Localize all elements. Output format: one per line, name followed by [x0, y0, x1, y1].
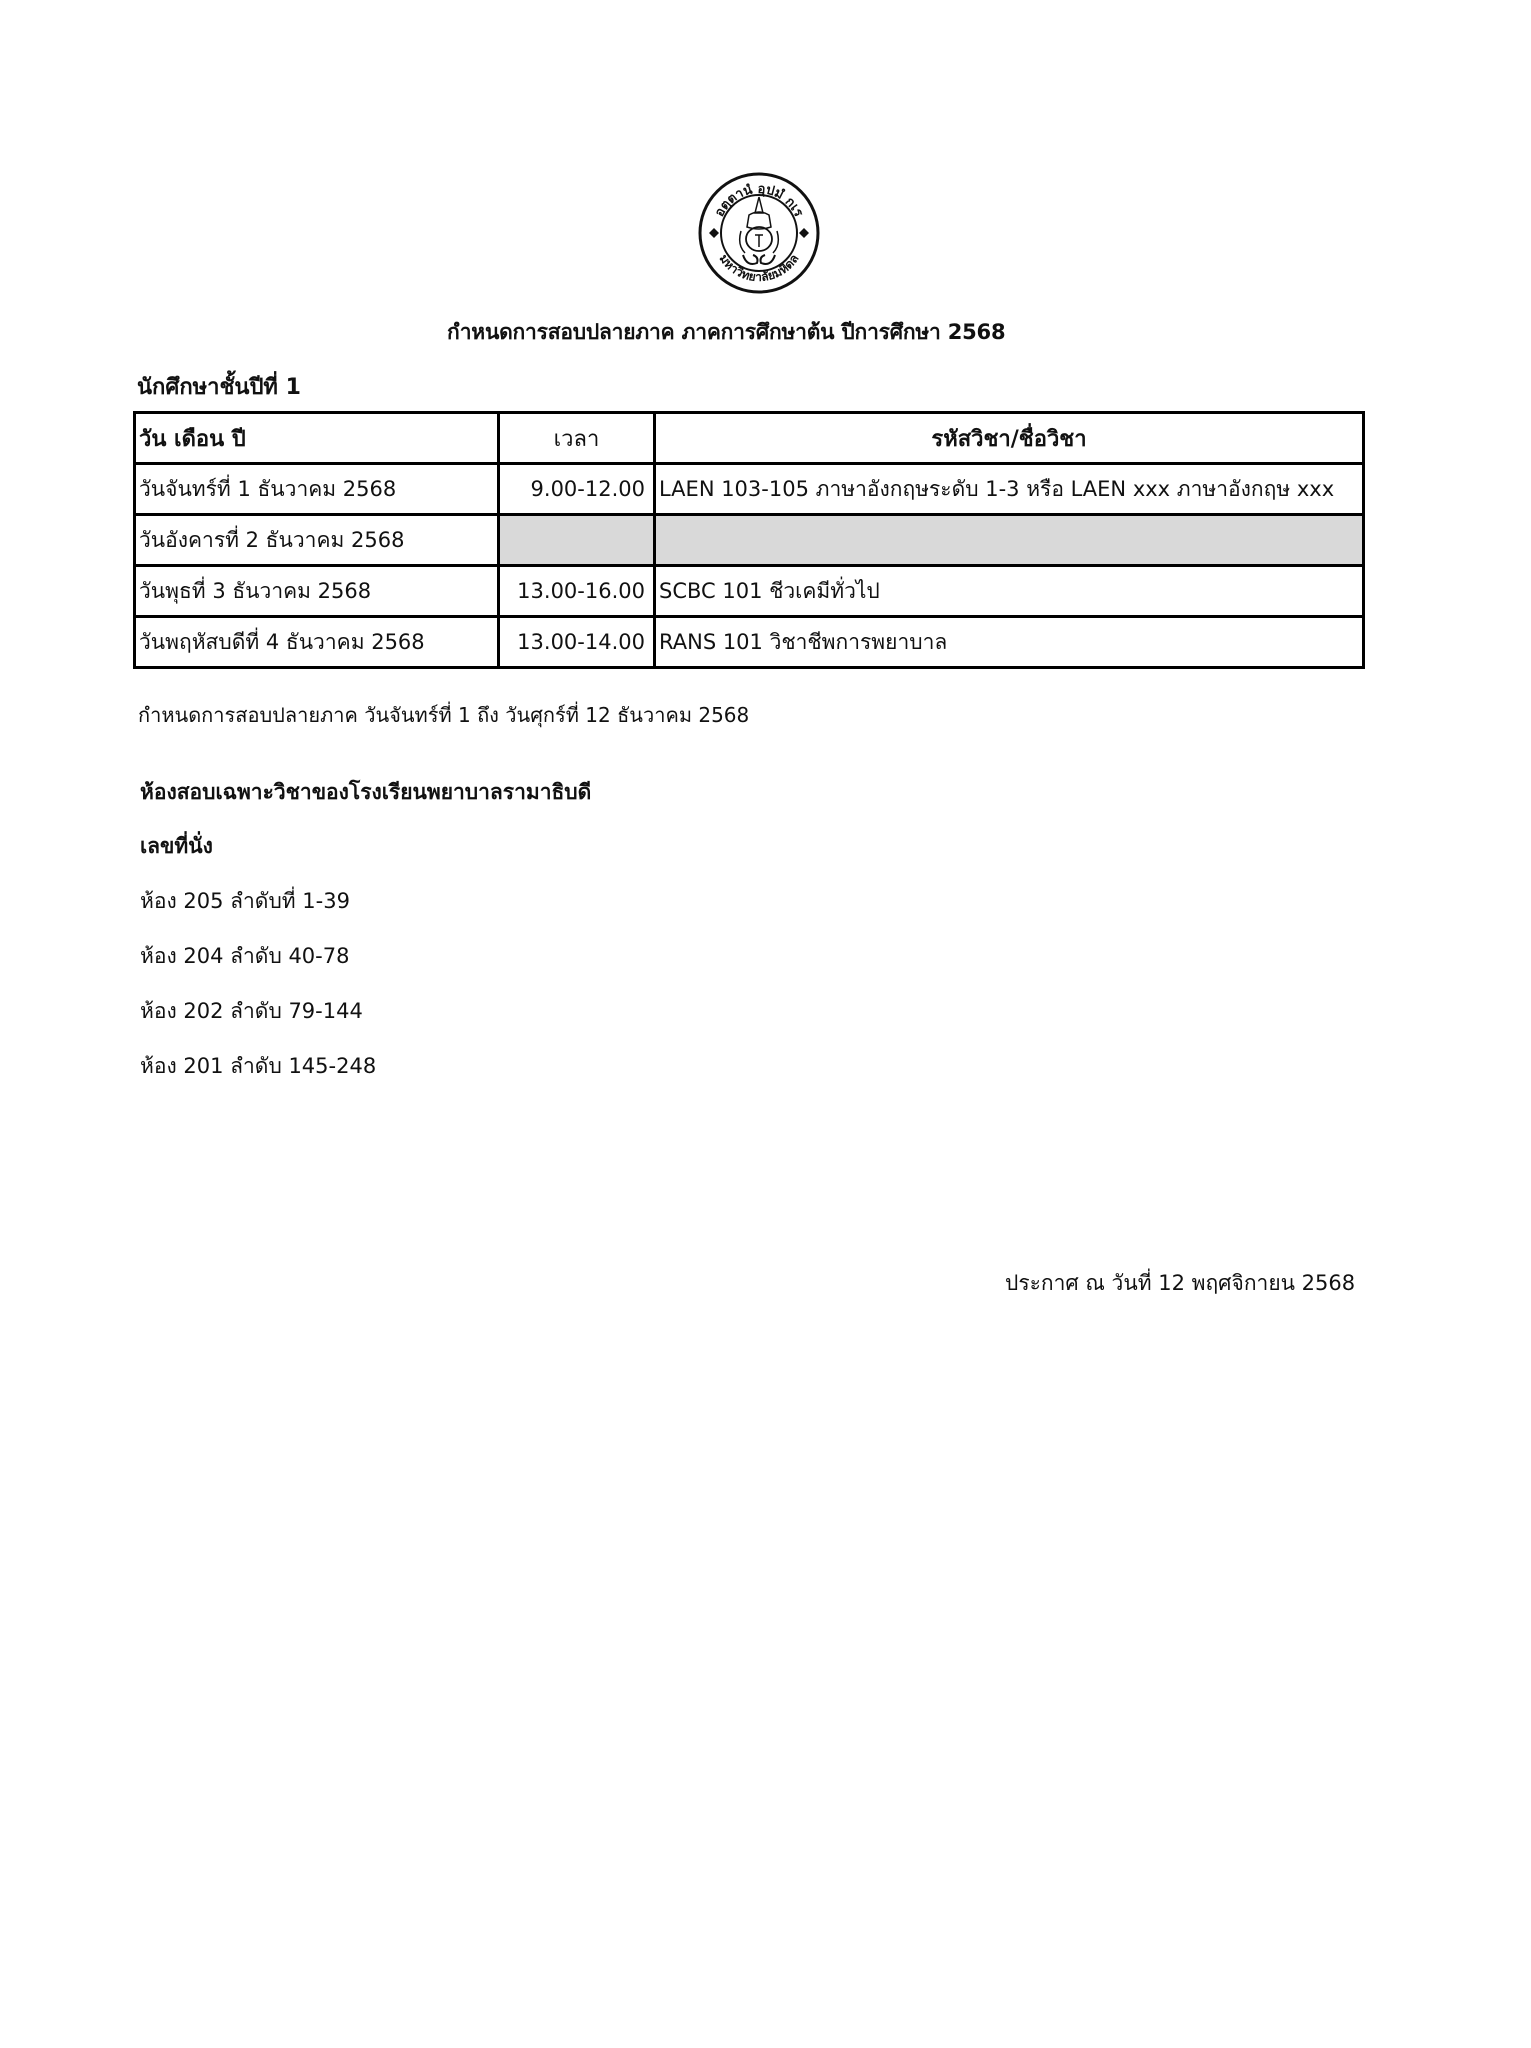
exam-date: วันพุธที่ 3 ธันวาคม 2568 — [135, 566, 499, 617]
table-row: วันจันทร์ที่ 1 ธันวาคม 2568 9.00-12.00 L… — [135, 464, 1364, 515]
column-header-course: รหัสวิชา/ชื่อวิชา — [655, 413, 1364, 464]
exam-time: 9.00-12.00 — [499, 464, 655, 515]
exam-date: วันจันทร์ที่ 1 ธันวาคม 2568 — [135, 464, 499, 515]
student-year-heading: นักศึกษาชั้นปีที่ 1 — [137, 369, 301, 404]
exam-course — [655, 515, 1364, 566]
rooms-heading: ห้องสอบเฉพาะวิชาของโรงเรียนพยาบาลรามาธิบ… — [140, 776, 591, 809]
table-row: วันพุธที่ 3 ธันวาคม 2568 13.00-16.00 SCB… — [135, 566, 1364, 617]
room-assignment: ห้อง 205 ลำดับที่ 1-39 — [140, 885, 350, 918]
exam-time: 13.00-16.00 — [499, 566, 655, 617]
exam-time: 13.00-14.00 — [499, 617, 655, 668]
exam-course: SCBC 101 ชีวเคมีทั่วไป — [655, 566, 1364, 617]
seat-number-label: เลขที่นั่ง — [140, 830, 213, 863]
exam-time — [499, 515, 655, 566]
exam-course: LAEN 103-105 ภาษาอังกฤษระดับ 1-3 หรือ LA… — [655, 464, 1364, 515]
university-seal-icon: อตฺตานํ อุปมํ กเร มหาวิทยาลัยมหิดล — [697, 171, 821, 295]
document-title: กำหนดการสอบปลายภาค ภาคการศึกษาต้น ปีการศ… — [447, 316, 887, 349]
room-assignment: ห้อง 201 ลำดับ 145-248 — [140, 1050, 376, 1083]
svg-text:อตฺตานํ อุปมํ กเร: อตฺตานํ อุปมํ กเร — [712, 182, 806, 220]
exam-period-note: กำหนดการสอบปลายภาค วันจันทร์ที่ 1 ถึง วั… — [138, 699, 749, 731]
exam-course: RANS 101 วิชาชีพการพยาบาล — [655, 617, 1364, 668]
column-header-date: วัน เดือน ปี — [135, 413, 499, 464]
seal-motto: อตฺตานํ อุปมํ กเร — [712, 182, 806, 220]
table-row: วันอังคารที่ 2 ธันวาคม 2568 — [135, 515, 1364, 566]
svg-text:มหาวิทยาลัยมหิดล: มหาวิทยาลัยมหิดล — [716, 252, 801, 284]
room-assignment: ห้อง 204 ลำดับ 40-78 — [140, 940, 349, 973]
exam-schedule-table: วัน เดือน ปี เวลา รหัสวิชา/ชื่อวิชา วันจ… — [133, 411, 1365, 669]
exam-date: วันอังคารที่ 2 ธันวาคม 2568 — [135, 515, 499, 566]
column-header-time: เวลา — [499, 413, 655, 464]
announcement-date: ประกาศ ณ วันที่ 12 พฤศจิกายน 2568 — [1005, 1267, 1355, 1300]
room-assignment: ห้อง 202 ลำดับ 79-144 — [140, 995, 363, 1028]
table-header-row: วัน เดือน ปี เวลา รหัสวิชา/ชื่อวิชา — [135, 413, 1364, 464]
table-row: วันพฤหัสบดีที่ 4 ธันวาคม 2568 13.00-14.0… — [135, 617, 1364, 668]
exam-date: วันพฤหัสบดีที่ 4 ธันวาคม 2568 — [135, 617, 499, 668]
seal-name: มหาวิทยาลัยมหิดล — [716, 252, 801, 284]
